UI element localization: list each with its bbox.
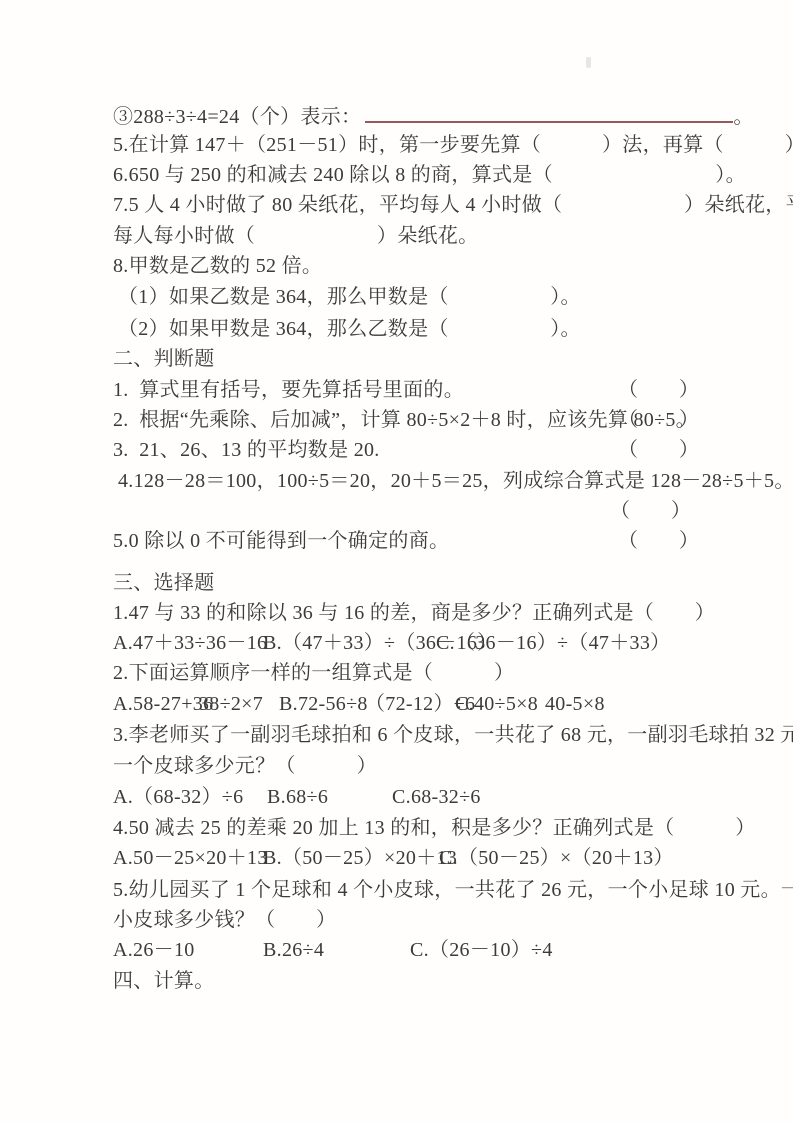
judgment-q2: 2. 根据“先乘除、后加减”，计算 80÷5×2＋8 时，应该先算 80÷5。（… [113, 405, 688, 435]
judgment-q1-answer-paren: （ ） [618, 375, 699, 405]
fill-q6: 6.650 与 250 的和减去 240 除以 8 的商，算式是（ ）。 [113, 160, 746, 190]
fill-q4-sub3: ③288÷3÷4=24（个）表示：。 [113, 99, 754, 129]
choice-q2-option-b: B.72-56÷8 [279, 689, 368, 719]
judgment-q3: 3. 21、26、13 的平均数是 20.（ ） [113, 435, 688, 465]
choice-q3-option-a: A.（68-32）÷6 [113, 782, 243, 812]
choice-q3-line1: 3.李老师买了一副羽毛球拍和 6 个皮球，一共花了 68 元，一副羽毛球拍 32… [113, 720, 793, 750]
choice-q3-option-c: C.68-32÷6 [392, 782, 481, 812]
choice-q5-option-c: C.（26－10）÷4 [410, 935, 553, 965]
judgment-q2-text: 2. 根据“先乘除、后加减”，计算 80÷5×2＋8 时，应该先算 80÷5。 [113, 409, 696, 431]
choice-q2-option-c: C.40÷5×8 [455, 689, 538, 719]
section-calculation-title: 四、计算。 [113, 966, 215, 996]
choice-q5-line2: 小皮球多少钱？（ ） [113, 905, 336, 935]
choice-q1-options: A.47＋33÷36－16B.（47＋33）÷（36－16）C.（36－16）÷… [113, 628, 688, 658]
choice-q2-option-c2: 40-5×8 [545, 689, 605, 719]
section-judgment-title: 二、判断题 [113, 344, 215, 374]
judgment-q1-text: 1. 算式里有括号，要先算括号里面的。 [113, 379, 464, 401]
section-choice-title: 三、选择题 [113, 568, 215, 598]
judgment-q4-answer-line: （ ） [113, 496, 688, 526]
fill-q4-sub3-tail: 。 [733, 106, 753, 128]
fill-q7-line2: 每人每小时做（ ）朵纸花。 [113, 221, 478, 251]
judgment-q3-answer-paren: （ ） [618, 435, 699, 465]
choice-q4-option-b: B.（50－25）×20＋13 [263, 843, 457, 873]
choice-q3-options: A.（68-32）÷6B.68÷6C.68-32÷6 [113, 782, 688, 812]
choice-q5-option-a: A.26－10 [113, 935, 195, 965]
fill-q8: 8.甲数是乙数的 52 倍。 [113, 251, 322, 281]
choice-q5-options: A.26－10B.26÷4C.（26－10）÷4 [113, 935, 688, 965]
choice-q4: 4.50 减去 25 的差乘 20 加上 13 的和，积是多少？正确列式是（ ） [113, 813, 756, 843]
choice-q2-options: A.58-27+3638÷2×7B.72-56÷8（72-12）÷6C.40÷5… [113, 689, 688, 719]
judgment-q1: 1. 算式里有括号，要先算括号里面的。（ ） [113, 375, 688, 405]
worksheet-page: ③288÷3÷4=24（个）表示：。 5.在计算 147＋（251－51）时，第… [0, 0, 793, 1122]
judgment-q2-answer-paren: （ ） [618, 405, 699, 435]
choice-q4-option-c: C.（50－25）×（20＋13） [439, 843, 674, 873]
answer-blank-underline [365, 99, 733, 123]
choice-q2: 2.下面运算顺序一样的一组算式是（ ） [113, 658, 514, 688]
judgment-q5-answer-paren: （ ） [618, 526, 699, 556]
fill-q8-sub2: （2）如果甲数是 364，那么乙数是（ ）。 [118, 314, 581, 344]
judgment-q4-text: 4.128－28＝100，100÷5＝20，20＋5＝25，列成综合算式是 12… [118, 466, 793, 496]
judgment-q3-text: 3. 21、26、13 的平均数是 20. [113, 439, 380, 461]
choice-q3-line2: 一个皮球多少元？（ ） [113, 751, 377, 781]
choice-q5-line1: 5.幼儿园买了 1 个足球和 4 个小皮球，一共花了 26 元，一个小足球 10… [113, 875, 793, 905]
judgment-q5-text: 5.0 除以 0 不可能得到一个确定的商。 [113, 530, 449, 552]
choice-q4-options: A.50－25×20＋13B.（50－25）×20＋13C.（50－25）×（2… [113, 843, 688, 873]
choice-q1: 1.47 与 33 的和除以 36 与 16 的差，商是多少？正确列式是（ ） [113, 598, 715, 628]
fill-q7-line1: 7.5 人 4 小时做了 80 朵纸花，平均每人 4 小时做（ ）朵纸花，平均 [113, 190, 793, 220]
judgment-q4-answer-paren: （ ） [610, 496, 691, 526]
judgment-q5: 5.0 除以 0 不可能得到一个确定的商。（ ） [113, 526, 688, 556]
choice-q1-option-a: A.47＋33÷36－16 [113, 628, 267, 658]
fill-q5: 5.在计算 147＋（251－51）时，第一步要先算（ ）法，再算（ ）法。 [113, 130, 793, 160]
choice-q4-option-a: A.50－25×20＋13 [113, 843, 268, 873]
scan-artifact-mark [586, 57, 591, 68]
choice-q1-option-c: C.（36－16）÷（47＋33） [436, 628, 670, 658]
choice-q3-option-b: B.68÷6 [267, 782, 328, 812]
fill-q8-sub1: （1）如果乙数是 364，那么甲数是（ ）。 [118, 282, 581, 312]
fill-q4-sub3-text: ③288÷3÷4=24（个）表示： [113, 106, 361, 128]
choice-q5-option-b: B.26÷4 [263, 935, 324, 965]
choice-q2-option-a2: 38÷2×7 [199, 689, 263, 719]
